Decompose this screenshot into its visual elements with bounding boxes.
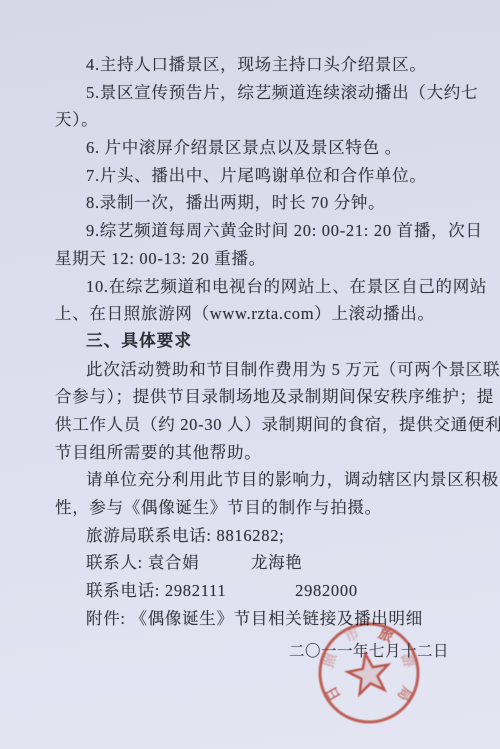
paragraph-appeal-line-2: 性，参与《偶像诞生》节目的制作与拍摄。: [55, 494, 465, 522]
list-item-10-wrap: 上、在日照旅游网（www.rzta.com）上滚动播出。: [55, 300, 465, 328]
list-item-9-wrap: 星期天 12: 00-13: 20 重播。: [55, 245, 465, 273]
list-item-7: 7.片头、播出中、片尾鸣谢单位和合作单位。: [55, 162, 465, 190]
seal-character: 日: [323, 683, 344, 703]
contact-bureau-phone: 旅游局联系电话: 8816282;: [55, 522, 465, 550]
paragraph-cost-line-2: 合参与）；提供节目录制场地及录制期间保安秩序维护；提: [55, 383, 465, 411]
official-seal-stamp: 日 照 市 旅 游 局: [313, 617, 425, 729]
seal-character: 局: [394, 683, 415, 703]
contact-persons: 联系人: 袁合娟 龙海艳: [55, 549, 465, 577]
list-item-9: 9.综艺频道每周六黄金时间 20: 00-21: 20 首播，次日: [55, 217, 465, 245]
section-heading-requirements: 三、具体要求: [55, 328, 465, 356]
paragraph-cost-line-3: 供工作人员（约 20-30 人）录制期间的食宿，提供交通便利；: [55, 411, 465, 439]
list-item-5: 5.景区宣传预告片，综艺频道连续滚动播出（大约七: [55, 79, 465, 107]
list-item-10: 10.在综艺频道和电视台的网站上、在景区自己的网站: [55, 273, 465, 301]
list-item-8: 8.录制一次，播出两期，时长 70 分钟。: [55, 189, 465, 217]
date-line: 二〇一一年七月十二日: [55, 638, 465, 666]
list-item-4: 4.主持人口播景区，现场主持口头介绍景区。: [55, 51, 465, 79]
list-item-5-wrap: 天）。: [55, 106, 465, 134]
list-item-6: 6. 片中滚屏介绍景区景点以及景区特色 。: [55, 134, 465, 162]
contact-phones: 联系电话: 2982111 2982000: [55, 577, 465, 605]
paragraph-appeal-line-1: 请单位充分利用此节目的影响力，调动辖区内景区积极: [55, 466, 465, 494]
document-body: 4.主持人口播景区，现场主持口头介绍景区。 5.景区宣传预告片，综艺频道连续滚动…: [55, 51, 465, 666]
paragraph-cost-line-4: 节目组所需要的其他帮助。: [55, 439, 465, 467]
paragraph-cost-line-1: 此次活动赞助和节目制作费用为 5 万元（可两个景区联: [55, 356, 465, 384]
scanned-document-page: 4.主持人口播景区，现场主持口头介绍景区。 5.景区宣传预告片，综艺频道连续滚动…: [0, 0, 500, 749]
